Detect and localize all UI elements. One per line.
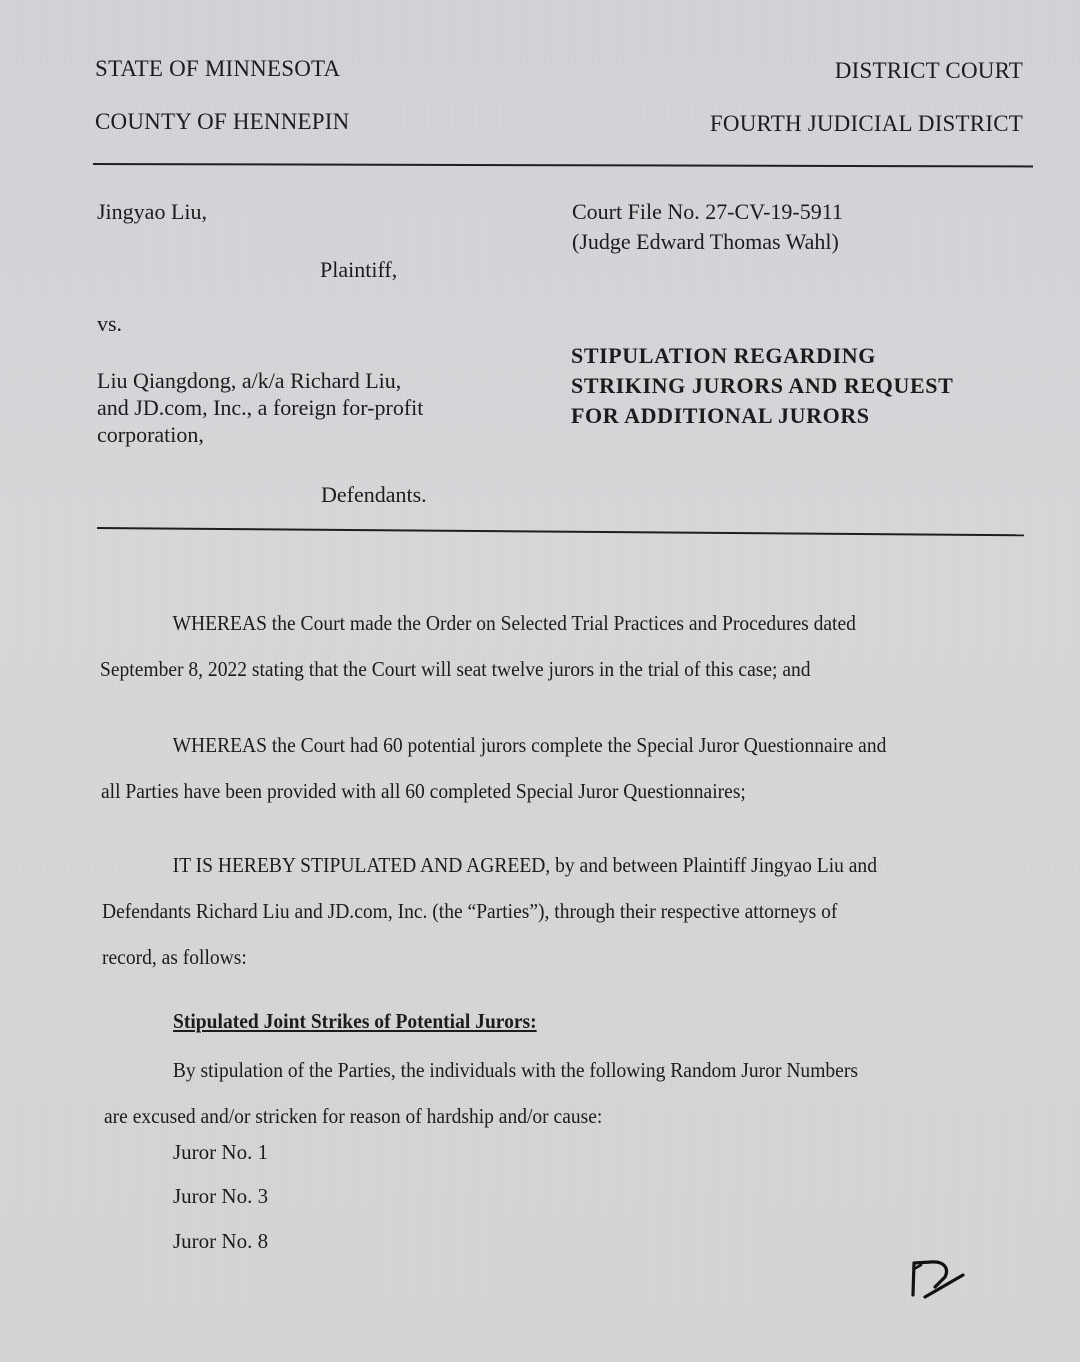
plaintiff-name: Jingyao Liu, [97,198,207,225]
judge-name: (Judge Edward Thomas Wahl) [572,228,839,255]
section-heading: Stipulated Joint Strikes of Potential Ju… [173,998,537,1044]
document-title: STIPULATION REGARDING STRIKING JURORS AN… [571,341,953,431]
paragraph-line: record, as follows: [102,934,877,980]
caption-divider [97,527,1024,536]
district-label: FOURTH JUDICIAL DISTRICT [710,111,1023,137]
defendants-label: Defendants. [321,481,427,508]
defendants-line: corporation, [97,421,423,448]
title-line: STIPULATION REGARDING [571,341,953,371]
paragraph-line: are excused and/or stricken for reason o… [104,1093,858,1139]
court-label: DISTRICT COURT [835,58,1023,84]
court-file-number: Court File No. 27-CV-19-5911 [572,198,843,225]
state-label: STATE OF MINNESOTA [95,56,340,82]
whereas-paragraph-2: WHEREAS the Court had 60 potential juror… [101,722,886,814]
juror-item: Juror No. 3 [173,1184,268,1209]
versus-label: vs. [97,310,122,337]
plaintiff-label: Plaintiff, [320,256,397,283]
juror-item: Juror No. 8 [173,1229,268,1254]
header-divider [93,163,1033,167]
paragraph-line: all Parties have been provided with all … [101,768,886,814]
defendants-line: and JD.com, Inc., a foreign for-profit [97,394,423,421]
stipulation-paragraph: IT IS HEREBY STIPULATED AND AGREED, by a… [102,842,877,980]
title-line: FOR ADDITIONAL JURORS [571,401,953,431]
defendants-line: Liu Qiangdong, a/k/a Richard Liu, [97,367,423,394]
handwritten-initials-icon [905,1255,975,1310]
paragraph-line: Defendants Richard Liu and JD.com, Inc. … [102,888,877,934]
paragraph-line: IT IS HEREBY STIPULATED AND AGREED, by a… [102,842,877,888]
whereas-paragraph-1: WHEREAS the Court made the Order on Sele… [100,600,856,692]
title-line: STRIKING JURORS AND REQUEST [571,371,953,401]
defendants-names: Liu Qiangdong, a/k/a Richard Liu, and JD… [97,367,423,448]
county-label: COUNTY OF HENNEPIN [95,109,349,135]
paragraph-line: September 8, 2022 stating that the Court… [100,646,856,692]
juror-item: Juror No. 1 [173,1140,268,1165]
section-paragraph: By stipulation of the Parties, the indiv… [104,1047,858,1139]
paragraph-line: By stipulation of the Parties, the indiv… [104,1047,858,1093]
paragraph-line: WHEREAS the Court made the Order on Sele… [100,600,856,646]
paragraph-line: WHEREAS the Court had 60 potential juror… [101,722,886,768]
